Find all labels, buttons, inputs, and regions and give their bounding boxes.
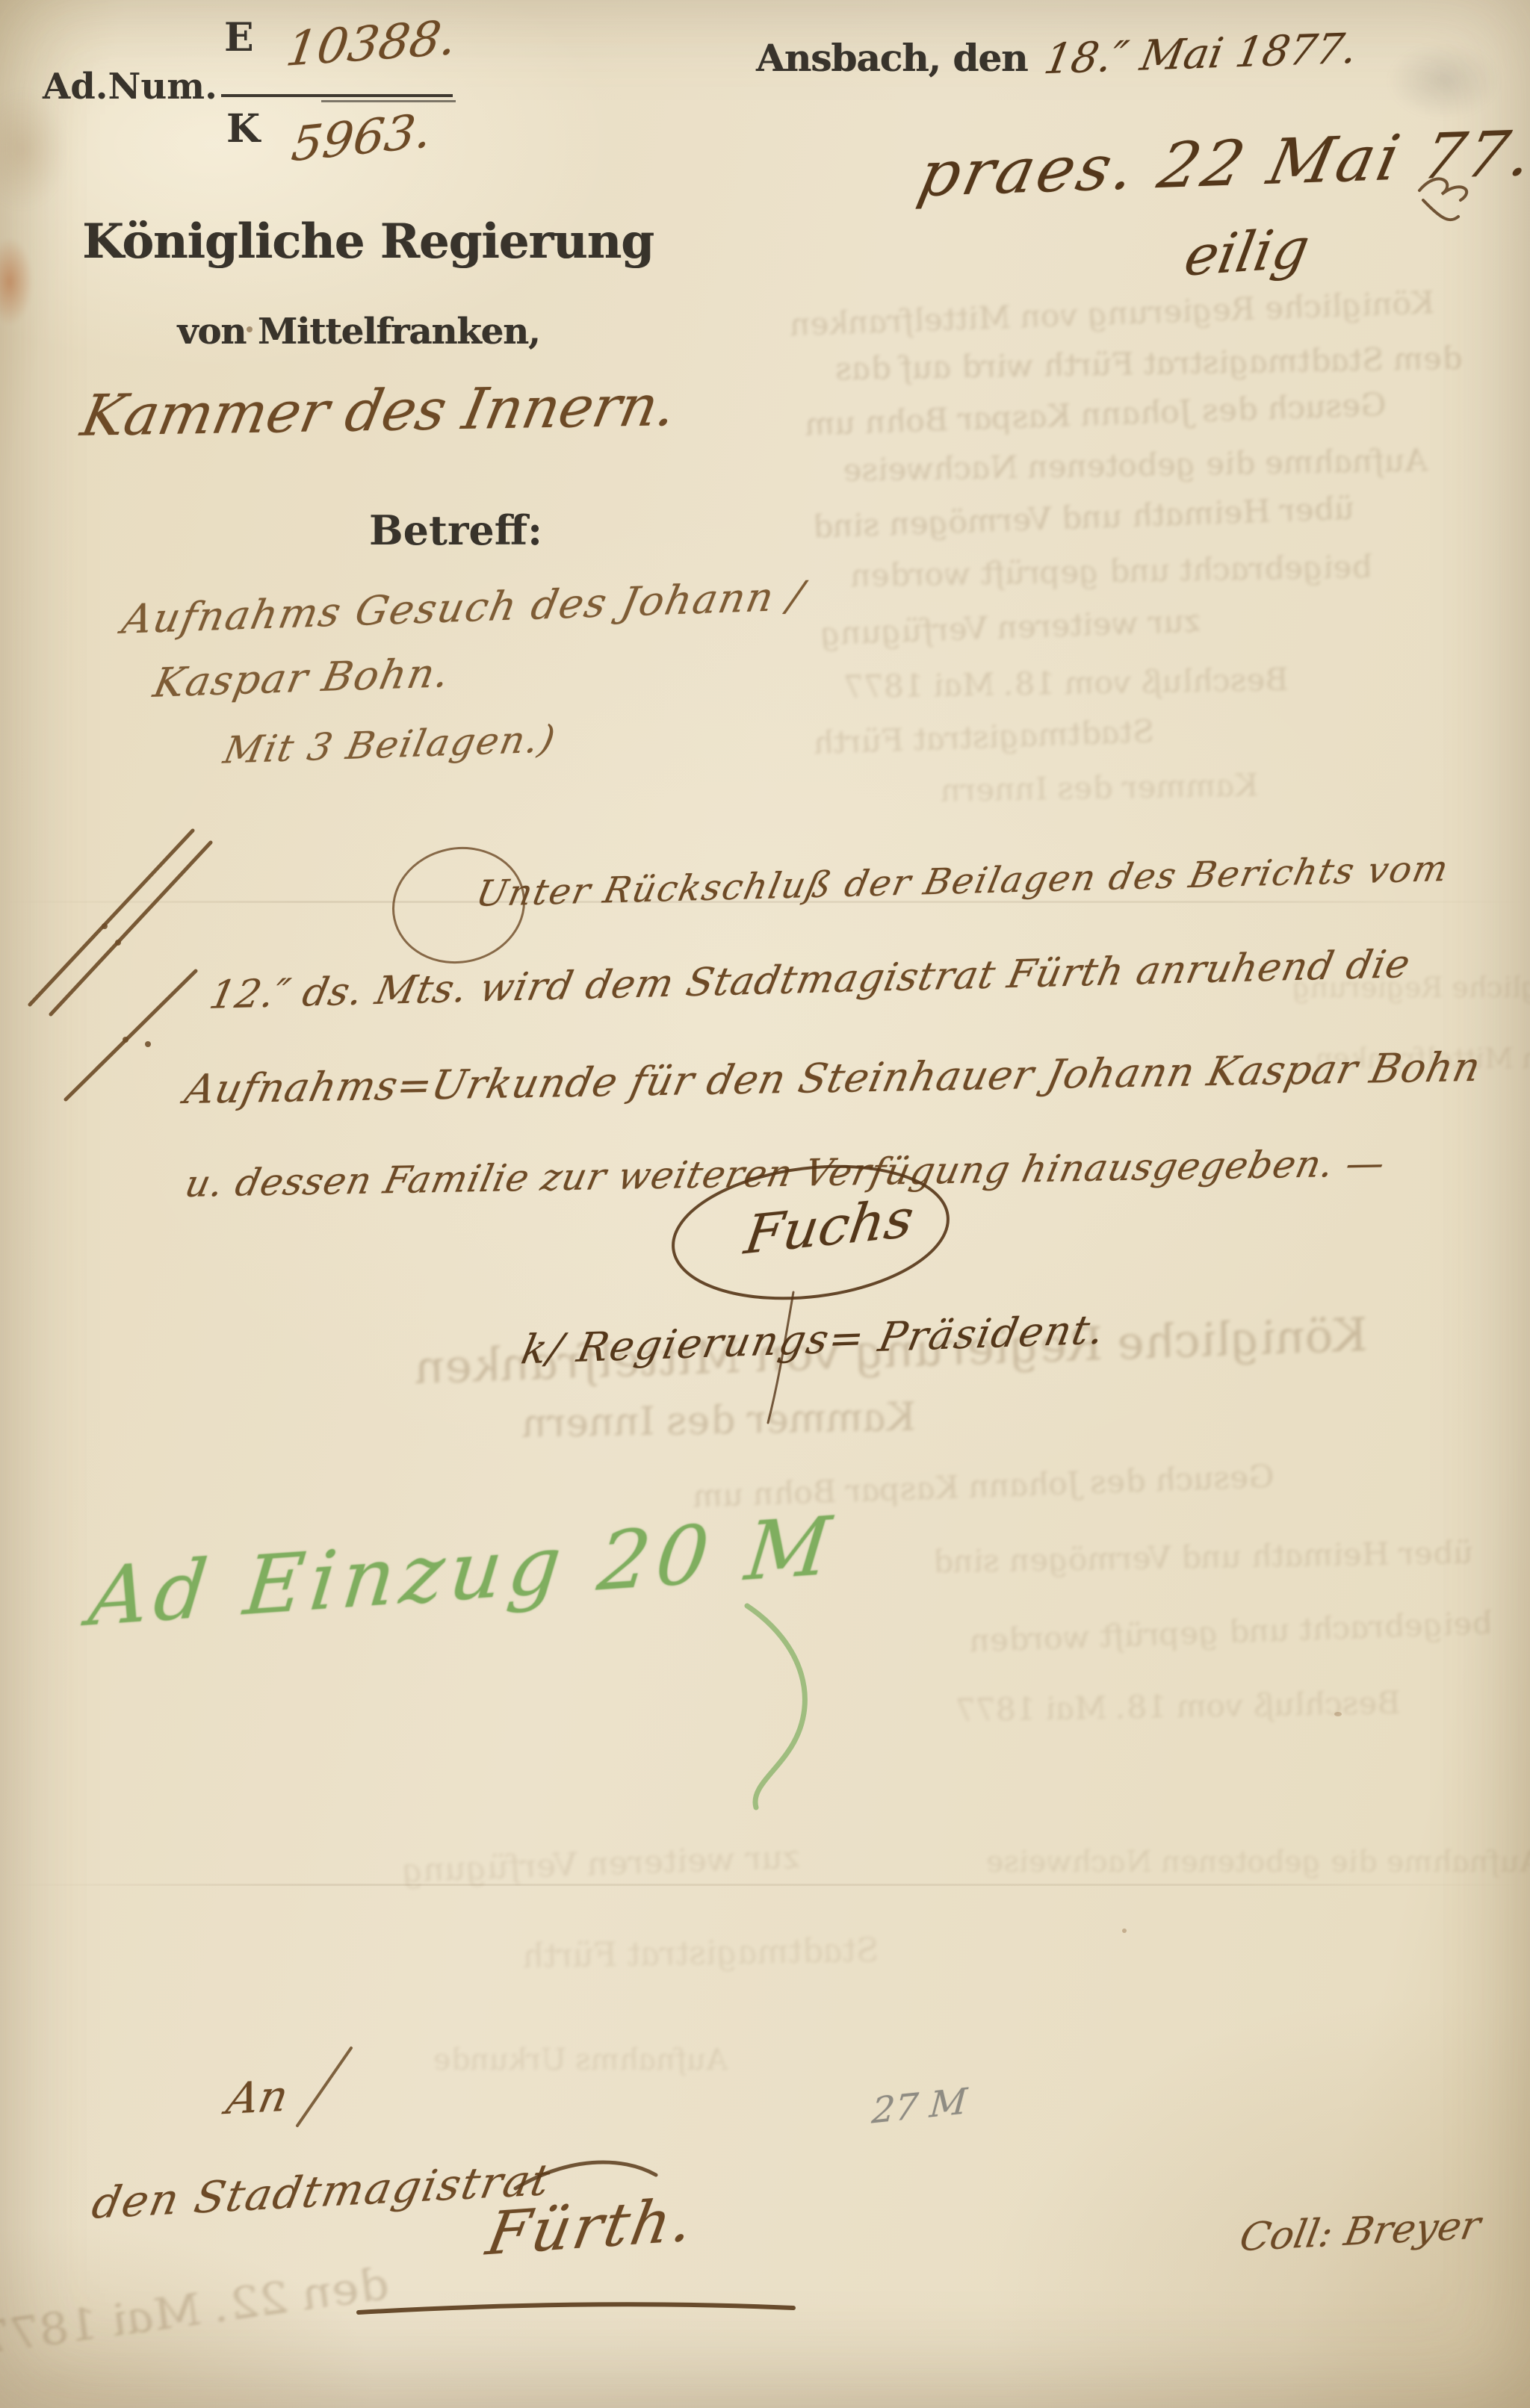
reference-label: Ad.Num. bbox=[43, 66, 217, 108]
bleedthrough-text: dem Stadtmagistrat Fürth wird auf das bbox=[833, 340, 1465, 388]
margin-mark-dot bbox=[102, 923, 108, 929]
dateline-handwritten: 18.″ Mai 1877. bbox=[1041, 25, 1361, 84]
reference-denominator-letter: K bbox=[226, 106, 260, 152]
edge-ink-squiggle bbox=[1423, 200, 1458, 220]
reference-denominator-number: 5963. bbox=[289, 104, 434, 173]
bleedthrough-text: Königliche Regierung von Mittelfranken bbox=[787, 284, 1437, 343]
reference-numerator-letter: E bbox=[224, 15, 254, 60]
reference-fraction-rule-second-stroke bbox=[321, 100, 456, 102]
letterhead-line2: von Mittelfranken, bbox=[82, 311, 635, 353]
margin-mark-lower-slash bbox=[66, 971, 196, 1099]
address-line2: den Stadtmagistrat bbox=[88, 2154, 556, 2229]
green-annotation-flourish bbox=[747, 1606, 805, 1807]
presentation-note: praes. 22 Mai 77. bbox=[912, 117, 1530, 211]
reference-numerator-number: 10388. bbox=[282, 10, 459, 77]
bleedthrough-text: Beschluß vom 18. Mai 1877 bbox=[840, 661, 1291, 705]
urgency-note: eilig bbox=[1180, 216, 1314, 288]
subject-line1: Aufnahms Gesuch des Johann / bbox=[118, 572, 808, 643]
bleedthrough-text: über Heimath und Vermögen sind bbox=[930, 1534, 1476, 1580]
green-pencil-annotation: Ad Einzug 20 M bbox=[84, 1500, 840, 1645]
signature-name: Fuchs bbox=[741, 1187, 918, 1267]
bleedthrough-text: Aufnahme die gebotenen Nachweise bbox=[840, 441, 1431, 488]
document-page: Königliche Regierung von Mittelfranken d… bbox=[0, 0, 1530, 2408]
bleedthrough-text: über Heimath und Vermögen sind bbox=[811, 489, 1357, 544]
fuerth-underline bbox=[359, 2304, 793, 2312]
subject-line3: Mit 3 Beilagen.) bbox=[220, 717, 560, 772]
address-line3: Fürth. bbox=[482, 2185, 701, 2269]
bleedthrough-text: Aufnahms Urkunde bbox=[430, 2043, 731, 2077]
bleedthrough-text: Beschluß vom 18. Mai 1877 bbox=[953, 1684, 1403, 1728]
collation-note: Coll: Breyer bbox=[1236, 2203, 1484, 2261]
margin-mark-dot bbox=[145, 1041, 151, 1047]
bleedthrough-text: Stadtmagistrat Fürth bbox=[519, 1931, 882, 1976]
paper-stain bbox=[0, 90, 67, 209]
body-line1: Unter Rückschluß der Beilagen des Berich… bbox=[473, 848, 1453, 915]
bleedthrough-text: zur weiteren Verfügung bbox=[400, 1838, 803, 1890]
margin-mark-upper-slash bbox=[51, 843, 211, 1014]
bleedthrough-text: Gesuch des Johann Kaspar Bohn um bbox=[802, 386, 1388, 443]
bleedthrough-text: den 22. Mai 1877 bbox=[0, 2258, 390, 2365]
address-line1: An bbox=[223, 2070, 293, 2124]
bleedthrough-text: Aufnahme die gebotenen Nachweise bbox=[983, 1845, 1530, 1879]
bleedthrough-text: Stadtmagistrat Fürth bbox=[811, 713, 1156, 761]
body-line2: 12.″ ds. Mts. wird dem Stadtmagistrat Fü… bbox=[205, 942, 1414, 1018]
body-line4: u. dessen Familie zur weiteren Verfügung… bbox=[182, 1141, 1390, 1205]
body-line3: Aufnahms=Urkunde für den Steinhauer Joha… bbox=[181, 1043, 1485, 1113]
letterhead-line3-handwritten: Kammer des Innern. bbox=[76, 372, 682, 449]
ink-speck bbox=[1122, 1928, 1127, 1933]
margin-mark-dot bbox=[115, 940, 121, 946]
address-slash-stroke bbox=[297, 2048, 351, 2126]
dateline-printed: Ansbach, den bbox=[756, 36, 1027, 80]
margin-mark-upper-slash bbox=[30, 831, 193, 1005]
bleedthrough-text: zur weiteren Verfügung bbox=[818, 602, 1204, 652]
reference-fraction-rule bbox=[221, 94, 453, 97]
paper-crease bbox=[0, 1884, 1530, 1886]
subject-label: Betreff: bbox=[369, 506, 542, 554]
bleedthrough-text: Kammer des Innern bbox=[938, 766, 1261, 808]
pencil-fee-note: 27 M bbox=[870, 2081, 968, 2132]
letterhead-line1: Königliche Regierung bbox=[82, 214, 635, 270]
margin-mark-dot bbox=[123, 1037, 128, 1043]
paper-smudge bbox=[1388, 43, 1500, 118]
bleedthrough-text: beigebracht und geprüft worden bbox=[967, 1604, 1495, 1659]
paper-stain bbox=[0, 238, 33, 326]
bleedthrough-text: Kammer des Innern bbox=[518, 1394, 920, 1446]
subject-line2: Kaspar Bohn. bbox=[149, 649, 454, 707]
bleedthrough-text: beigebracht und geprüft worden bbox=[848, 548, 1375, 594]
